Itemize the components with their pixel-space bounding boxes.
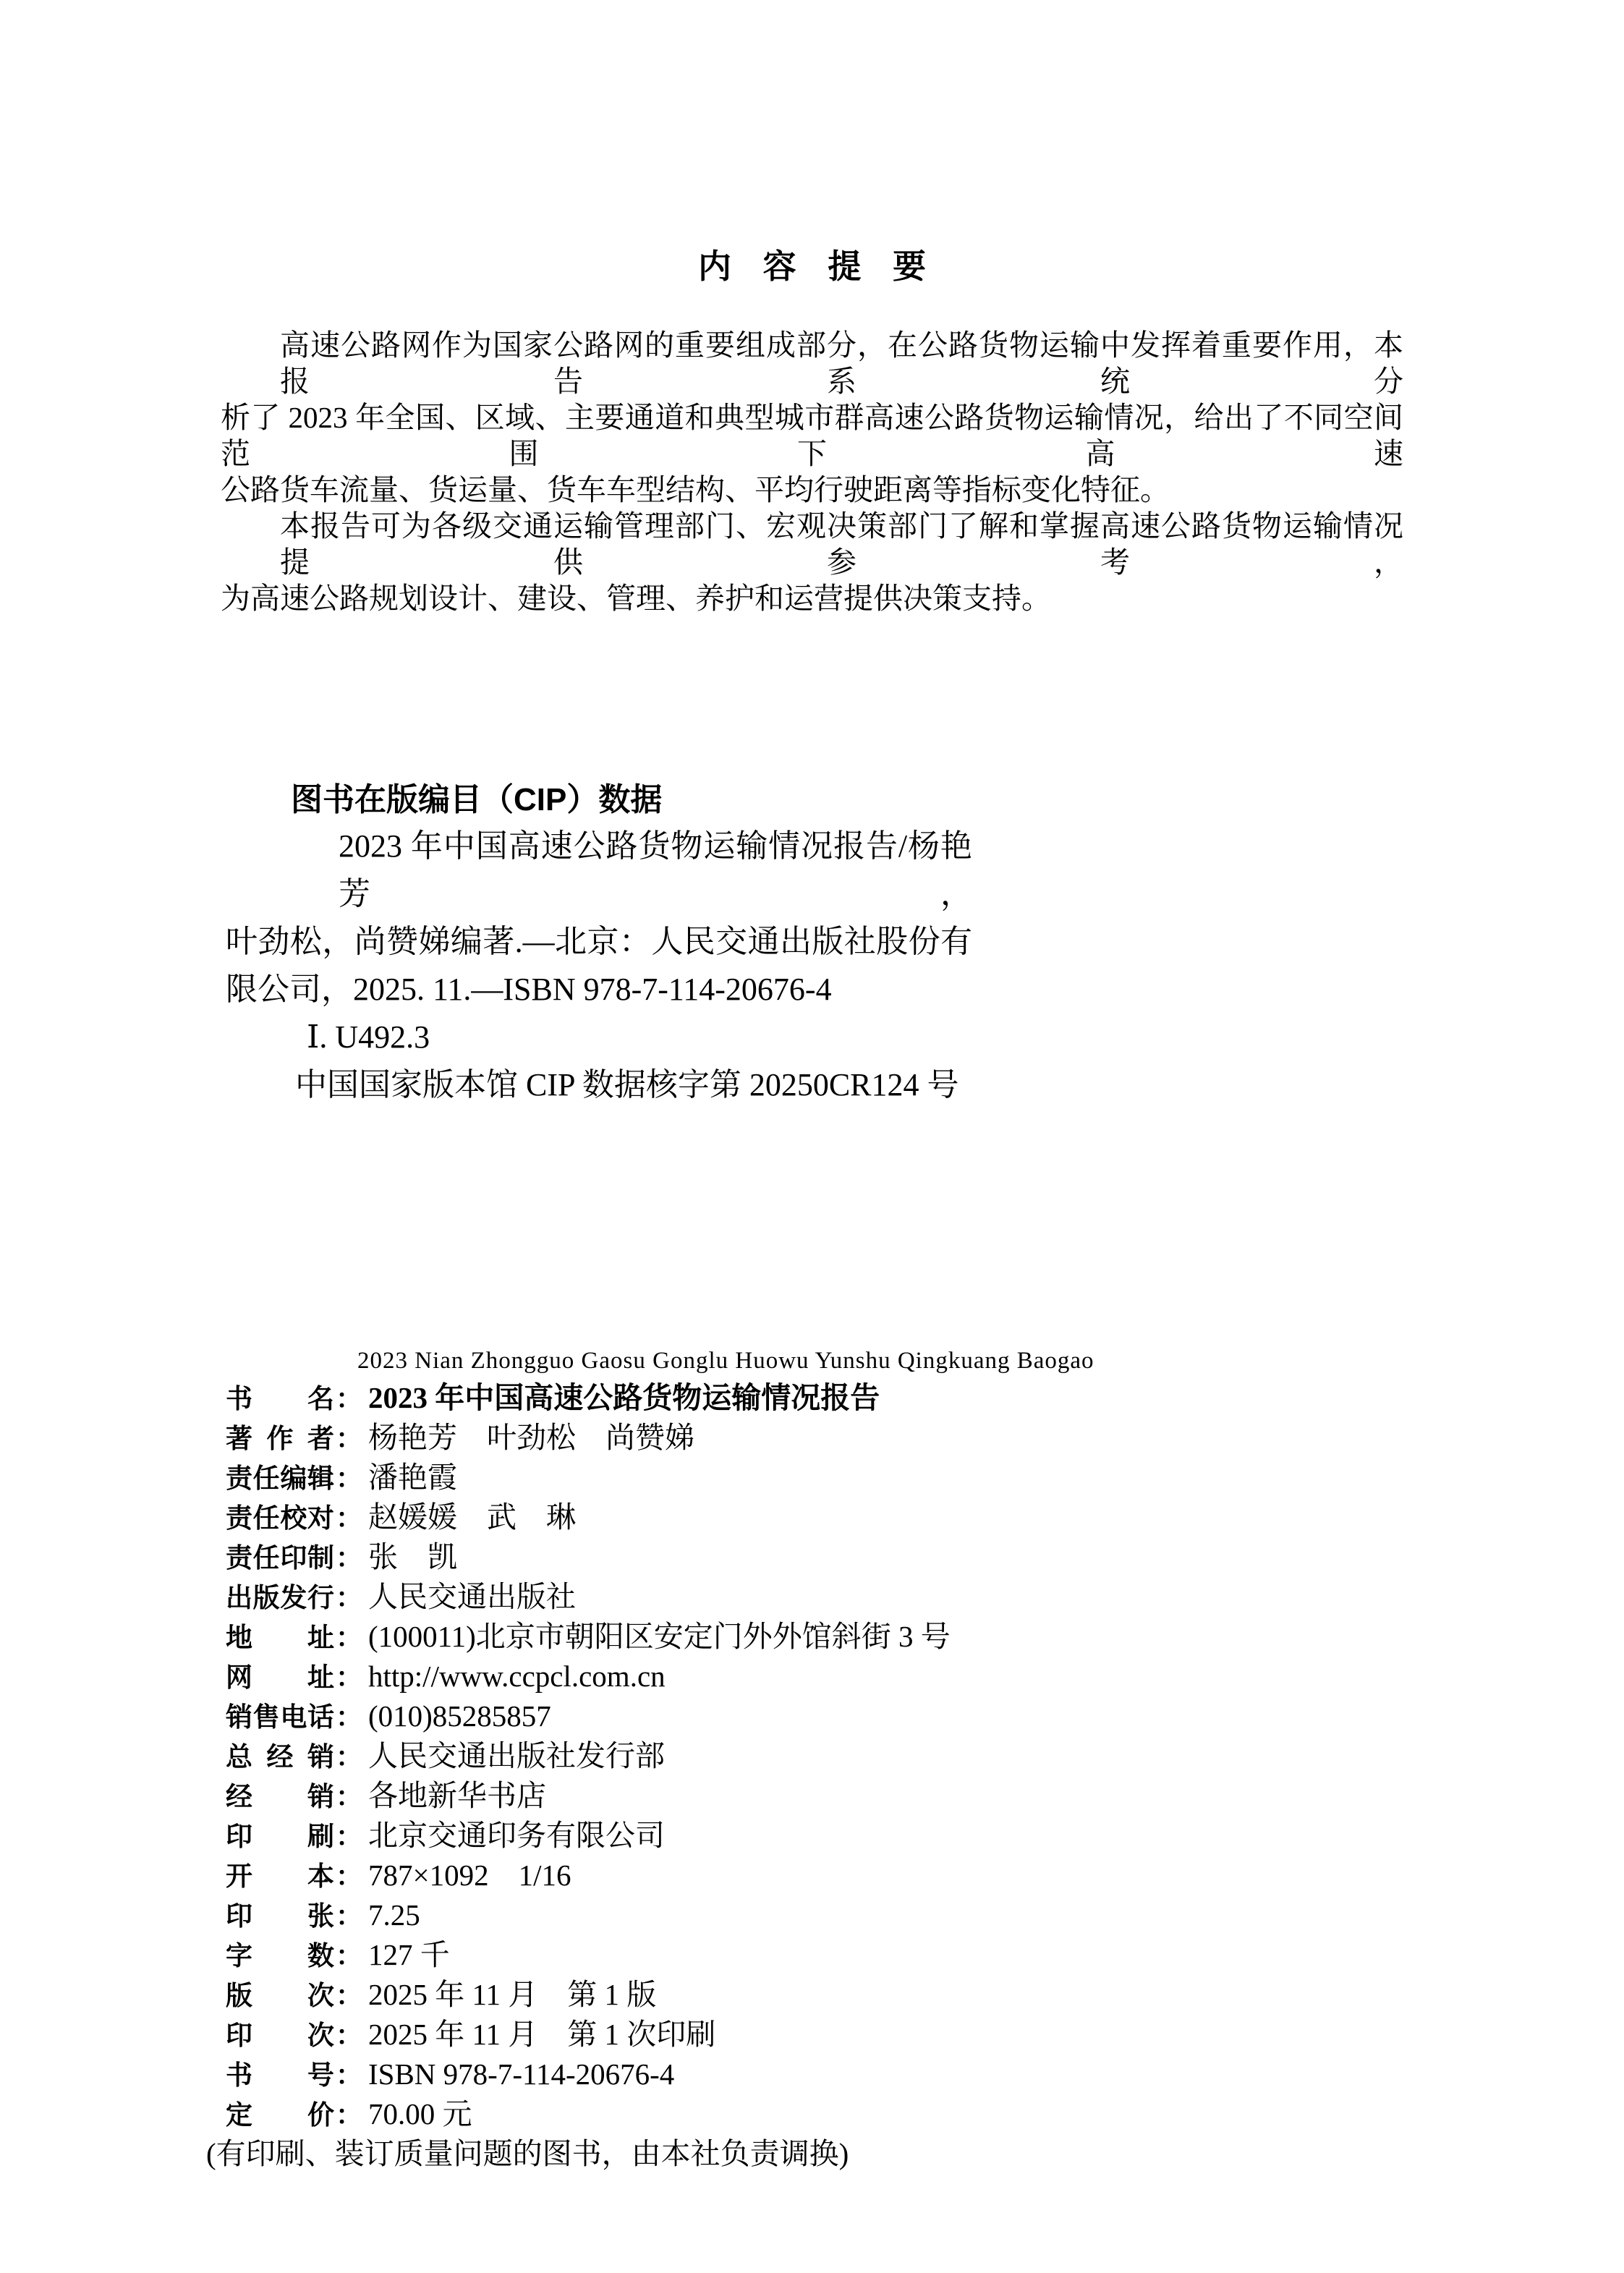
cip-line: 2023 年中国高速公路货物运输情况报告/杨艳芳， [226, 823, 972, 918]
row-label: 书名 [226, 1379, 334, 1419]
row-label: 印次 [226, 2015, 334, 2055]
colophon-row-address: 地址：(100011)北京市朝阳区安定门外外馆斜街 3 号 [226, 1617, 1624, 1657]
row-label: 责任编辑 [226, 1458, 334, 1498]
row-value: 赵媛媛 武 琳 [368, 1500, 576, 1534]
colophon-row-word-count: 字数：127 千 [226, 1935, 1624, 1975]
row-label: 著作者 [226, 1419, 334, 1458]
row-value: 张 凯 [368, 1540, 457, 1573]
summary-line: 公路货车流量、货运量、货车车型结构、平均行驶距离等指标变化特征。 [221, 472, 1403, 508]
row-colon: ： [336, 2021, 362, 2050]
colophon-row-proofreaders: 责任校对：赵媛媛 武 琳 [226, 1497, 1624, 1537]
row-label: 销售电话 [226, 1697, 334, 1737]
row-label: 出版发行 [226, 1578, 334, 1618]
summary-line: 高速公路网作为国家公路网的重要组成部分，在公路货物运输中发挥着重要作用，本报告系… [221, 327, 1403, 399]
colophon-row-book-title: 书名：2023 年中国高速公路货物运输情况报告 [226, 1378, 1624, 1418]
row-value: 潘艳霞 [368, 1461, 457, 1494]
row-label: 地址 [226, 1618, 334, 1657]
row-colon: ： [336, 1463, 362, 1493]
colophon-row-sales-phone: 销售电话：(010)85285857 [226, 1696, 1624, 1736]
row-colon: ： [336, 2100, 362, 2130]
row-colon: ： [336, 1981, 362, 2010]
row-value: 人民交通出版社 [368, 1580, 576, 1613]
cip-line: 限公司，2025. 11.—ISBN 978-7-114-20676-4 [226, 966, 972, 1014]
colophon-row-website: 网址：http://www.ccpcl.com.cn [226, 1657, 1624, 1696]
content-summary: 高速公路网作为国家公路网的重要组成部分，在公路货物运输中发挥着重要作用，本报告系… [221, 327, 1403, 616]
row-label: 书号 [226, 2055, 334, 2095]
colophon-row-printer: 印刷：北京交通印务有限公司 [226, 1816, 1624, 1856]
content-summary-title: 内容提要 [0, 246, 1624, 286]
colophon-row-general-distributor: 总经销：人民交通出版社发行部 [226, 1736, 1624, 1776]
quality-exchange-note: (有印刷、装订质量问题的图书，由本社负责调换) [206, 2134, 1624, 2174]
row-value: 各地新华书店 [368, 1779, 546, 1812]
colophon-row-edition: 版次：2025 年 11 月 第 1 版 [226, 1975, 1624, 2015]
row-value: 7.25 [368, 1898, 420, 1932]
colophon-row-format: 开本：787×1092 1/16 [226, 1856, 1624, 1895]
row-value: ISBN 978-7-114-20676-4 [368, 2057, 674, 2091]
row-label: 印刷 [226, 1817, 334, 1856]
row-value: 2025 年 11 月 第 1 次印刷 [368, 2018, 715, 2051]
colophon-row-printed-sheets: 印张：7.25 [226, 1895, 1624, 1935]
book-copyright-page: 内容提要 高速公路网作为国家公路网的重要组成部分，在公路货物运输中发挥着重要作用… [0, 0, 1624, 2273]
row-colon: ： [336, 1941, 362, 1971]
colophon-row-impression: 印次：2025 年 11 月 第 1 次印刷 [226, 2015, 1624, 2055]
cip-line: 叶劲松，尚赞娣编著.—北京：人民交通出版社股份有 [226, 918, 972, 966]
row-label: 版次 [226, 1976, 334, 2015]
row-label: 经销 [226, 1777, 334, 1817]
row-colon: ： [336, 1861, 362, 1891]
colophon-row-editor: 责任编辑：潘艳霞 [226, 1458, 1624, 1497]
row-value: 杨艳芳 叶劲松 尚赞娣 [368, 1421, 694, 1454]
row-label: 开本 [226, 1856, 334, 1896]
row-value: 北京交通印务有限公司 [368, 1819, 665, 1852]
colophon-row-distributor: 经销：各地新华书店 [226, 1776, 1624, 1816]
row-value: 787×1092 1/16 [368, 1858, 571, 1892]
summary-line: 为高速公路规划设计、建设、管理、养护和运营提供决策支持。 [221, 580, 1403, 616]
row-label: 责任印制 [226, 1538, 334, 1578]
row-colon: ： [336, 1424, 362, 1453]
colophon: 书名：2023 年中国高速公路货物运输情况报告 著作者：杨艳芳 叶劲松 尚赞娣 … [226, 1378, 1624, 2134]
row-value: http://www.ccpcl.com.cn [368, 1660, 666, 1693]
pinyin-title: 2023 Nian Zhongguo Gaosu Gonglu Huowu Yu… [357, 1348, 1624, 1373]
cip-record-number: 中国国家版本馆 CIP 数据核字第 20250CR124 号 [226, 1061, 972, 1109]
row-colon: ： [336, 1583, 362, 1613]
row-colon: ： [336, 1384, 362, 1414]
summary-line: 析了 2023 年全国、区域、主要通道和典型城市群高速公路货物运输情况，给出了不… [221, 399, 1403, 472]
cip-data-title: 图书在版编目（CIP）数据 [291, 780, 1624, 820]
row-colon: ： [336, 1623, 362, 1652]
row-colon: ： [336, 1822, 362, 1851]
summary-line: 本报告可为各级交通运输管理部门、宏观决策部门了解和掌握高速公路货物运输情况提供参… [221, 508, 1403, 580]
row-value: 人民交通出版社发行部 [368, 1739, 665, 1772]
row-colon: ： [336, 1662, 362, 1692]
row-label: 定价 [226, 2095, 334, 2135]
row-label: 责任校对 [226, 1498, 334, 1538]
row-colon: ： [336, 1901, 362, 1931]
cip-data-block: 2023 年中国高速公路货物运输情况报告/杨艳芳， 叶劲松，尚赞娣编著.—北京：… [226, 823, 972, 1109]
row-colon: ： [336, 1543, 362, 1573]
colophon-row-print-supervisor: 责任印制：张 凯 [226, 1537, 1624, 1577]
row-label: 字数 [226, 1936, 334, 1976]
row-colon: ： [336, 1782, 362, 1811]
row-value: 127 千 [368, 1938, 450, 1971]
row-colon: ： [336, 1742, 362, 1772]
row-value: 2025 年 11 月 第 1 版 [368, 1978, 656, 2011]
row-label: 印张 [226, 1896, 334, 1936]
colophon-row-publisher: 出版发行：人民交通出版社 [226, 1577, 1624, 1617]
row-value: 70.00 元 [368, 2097, 472, 2130]
row-value: (100011)北京市朝阳区安定门外外馆斜街 3 号 [368, 1620, 951, 1653]
colophon-row-isbn: 书号：ISBN 978-7-114-20676-4 [226, 2055, 1624, 2094]
row-colon: ： [336, 1503, 362, 1533]
row-colon: ： [336, 2060, 362, 2090]
cip-classification: Ⅰ. U492.3 [226, 1014, 972, 1061]
colophon-row-authors: 著作者：杨艳芳 叶劲松 尚赞娣 [226, 1418, 1624, 1458]
row-value: (010)85285857 [368, 1699, 551, 1733]
row-colon: ： [336, 1702, 362, 1732]
colophon-row-price: 定价：70.00 元 [226, 2094, 1624, 2134]
row-value: 2023 年中国高速公路货物运输情况报告 [368, 1381, 880, 1414]
row-label: 总经销 [226, 1737, 334, 1777]
row-label: 网址 [226, 1657, 334, 1697]
